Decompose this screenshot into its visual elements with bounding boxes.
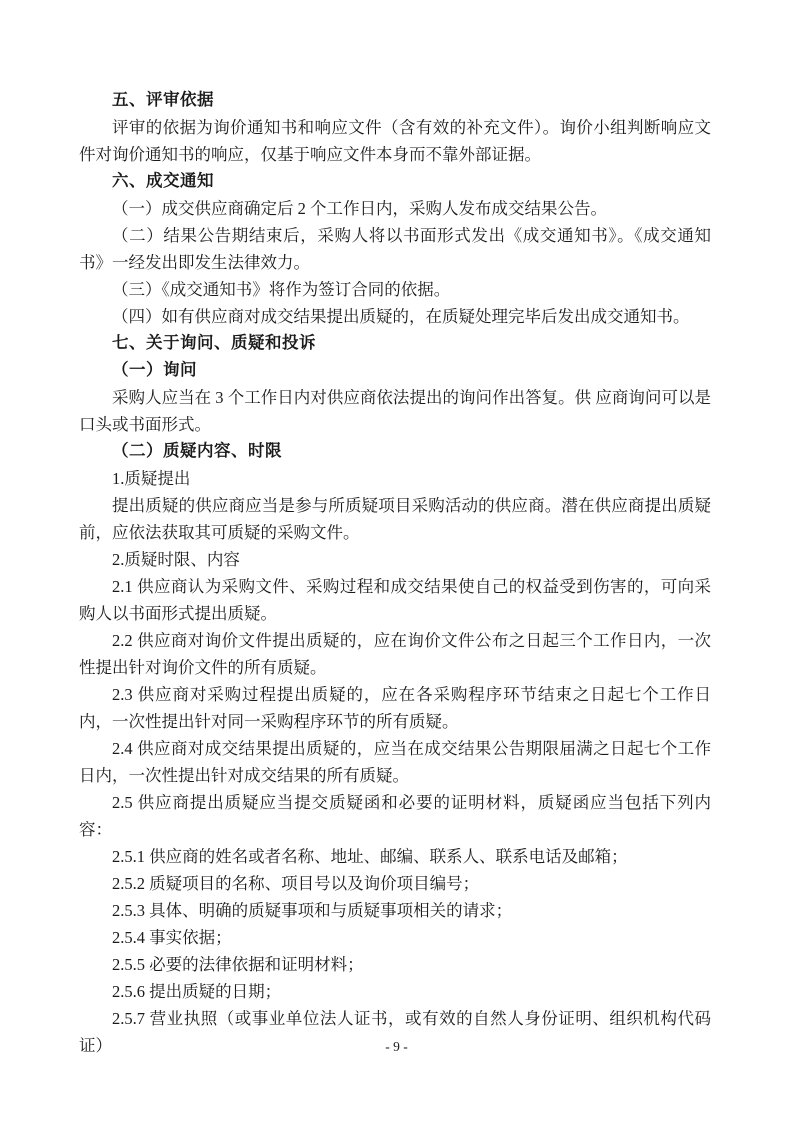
paragraph: 评审的依据为询价通知书和响应文件（含有效的补充文件）。询价小组判断响应文件对询价…: [79, 114, 711, 168]
paragraph: 2.4 供应商对成交结果提出质疑的，应当在成交结果公告期限届满之日起七个工作日内…: [79, 735, 711, 789]
page-number: - 9 -: [0, 1039, 793, 1055]
paragraph: （四）如有供应商对成交结果提出质疑的，在质疑处理完毕后发出成交通知书。: [79, 303, 711, 330]
paragraph: 2.5.2 质疑项目的名称、项目号以及询价项目编号；: [79, 870, 711, 897]
paragraph: （二）结果公告期结束后，采购人将以书面形式发出《成交通知书》。《成交通知书》一经…: [79, 222, 711, 276]
document-page: 五、评审依据评审的依据为询价通知书和响应文件（含有效的补充文件）。询价小组判断响…: [0, 0, 793, 1122]
paragraph: 2.1 供应商认为采购文件、采购过程和成交结果使自己的权益受到伤害的，可向采购人…: [79, 573, 711, 627]
document-content: 五、评审依据评审的依据为询价通知书和响应文件（含有效的补充文件）。询价小组判断响…: [79, 87, 711, 1059]
paragraph: 2.5 供应商提出质疑应当提交质疑函和必要的证明材料，质疑函应当包括下列内容：: [79, 789, 711, 843]
paragraph: 2.5.3 具体、明确的质疑事项和与质疑事项相关的请求；: [79, 897, 711, 924]
paragraph: 2.2 供应商对询价文件提出质疑的，应在询价文件公布之日起三个工作日内，一次性提…: [79, 627, 711, 681]
section-heading: （一）询问: [79, 357, 711, 384]
paragraph: （三）《成交通知书》将作为签订合同的依据。: [79, 276, 711, 303]
paragraph: 1.质疑提出: [79, 465, 711, 492]
paragraph: 2.5.6 提出质疑的日期；: [79, 978, 711, 1005]
section-heading: （二）质疑内容、时限: [79, 438, 711, 465]
section-heading: 七、关于询问、质疑和投诉: [79, 330, 711, 357]
section-heading: 六、成交通知: [79, 168, 711, 195]
paragraph: 提出质疑的供应商应当是参与所质疑项目采购活动的供应商。潜在供应商提出质疑前，应依…: [79, 492, 711, 546]
paragraph: 2.质疑时限、内容: [79, 546, 711, 573]
paragraph: 2.5.5 必要的法律依据和证明材料；: [79, 951, 711, 978]
section-heading: 五、评审依据: [79, 87, 711, 114]
paragraph: 2.5.1 供应商的姓名或者名称、地址、邮编、联系人、联系电话及邮箱；: [79, 843, 711, 870]
paragraph: （一）成交供应商确定后 2 个工作日内，采购人发布成交结果公告。: [79, 195, 711, 222]
paragraph: 采购人应当在 3 个工作日内对供应商依法提出的询问作出答复。供 应商询问可以是口…: [79, 384, 711, 438]
paragraph: 2.3 供应商对采购过程提出质疑的，应在各采购程序环节结束之日起七个工作日内，一…: [79, 681, 711, 735]
paragraph: 2.5.4 事实依据；: [79, 924, 711, 951]
